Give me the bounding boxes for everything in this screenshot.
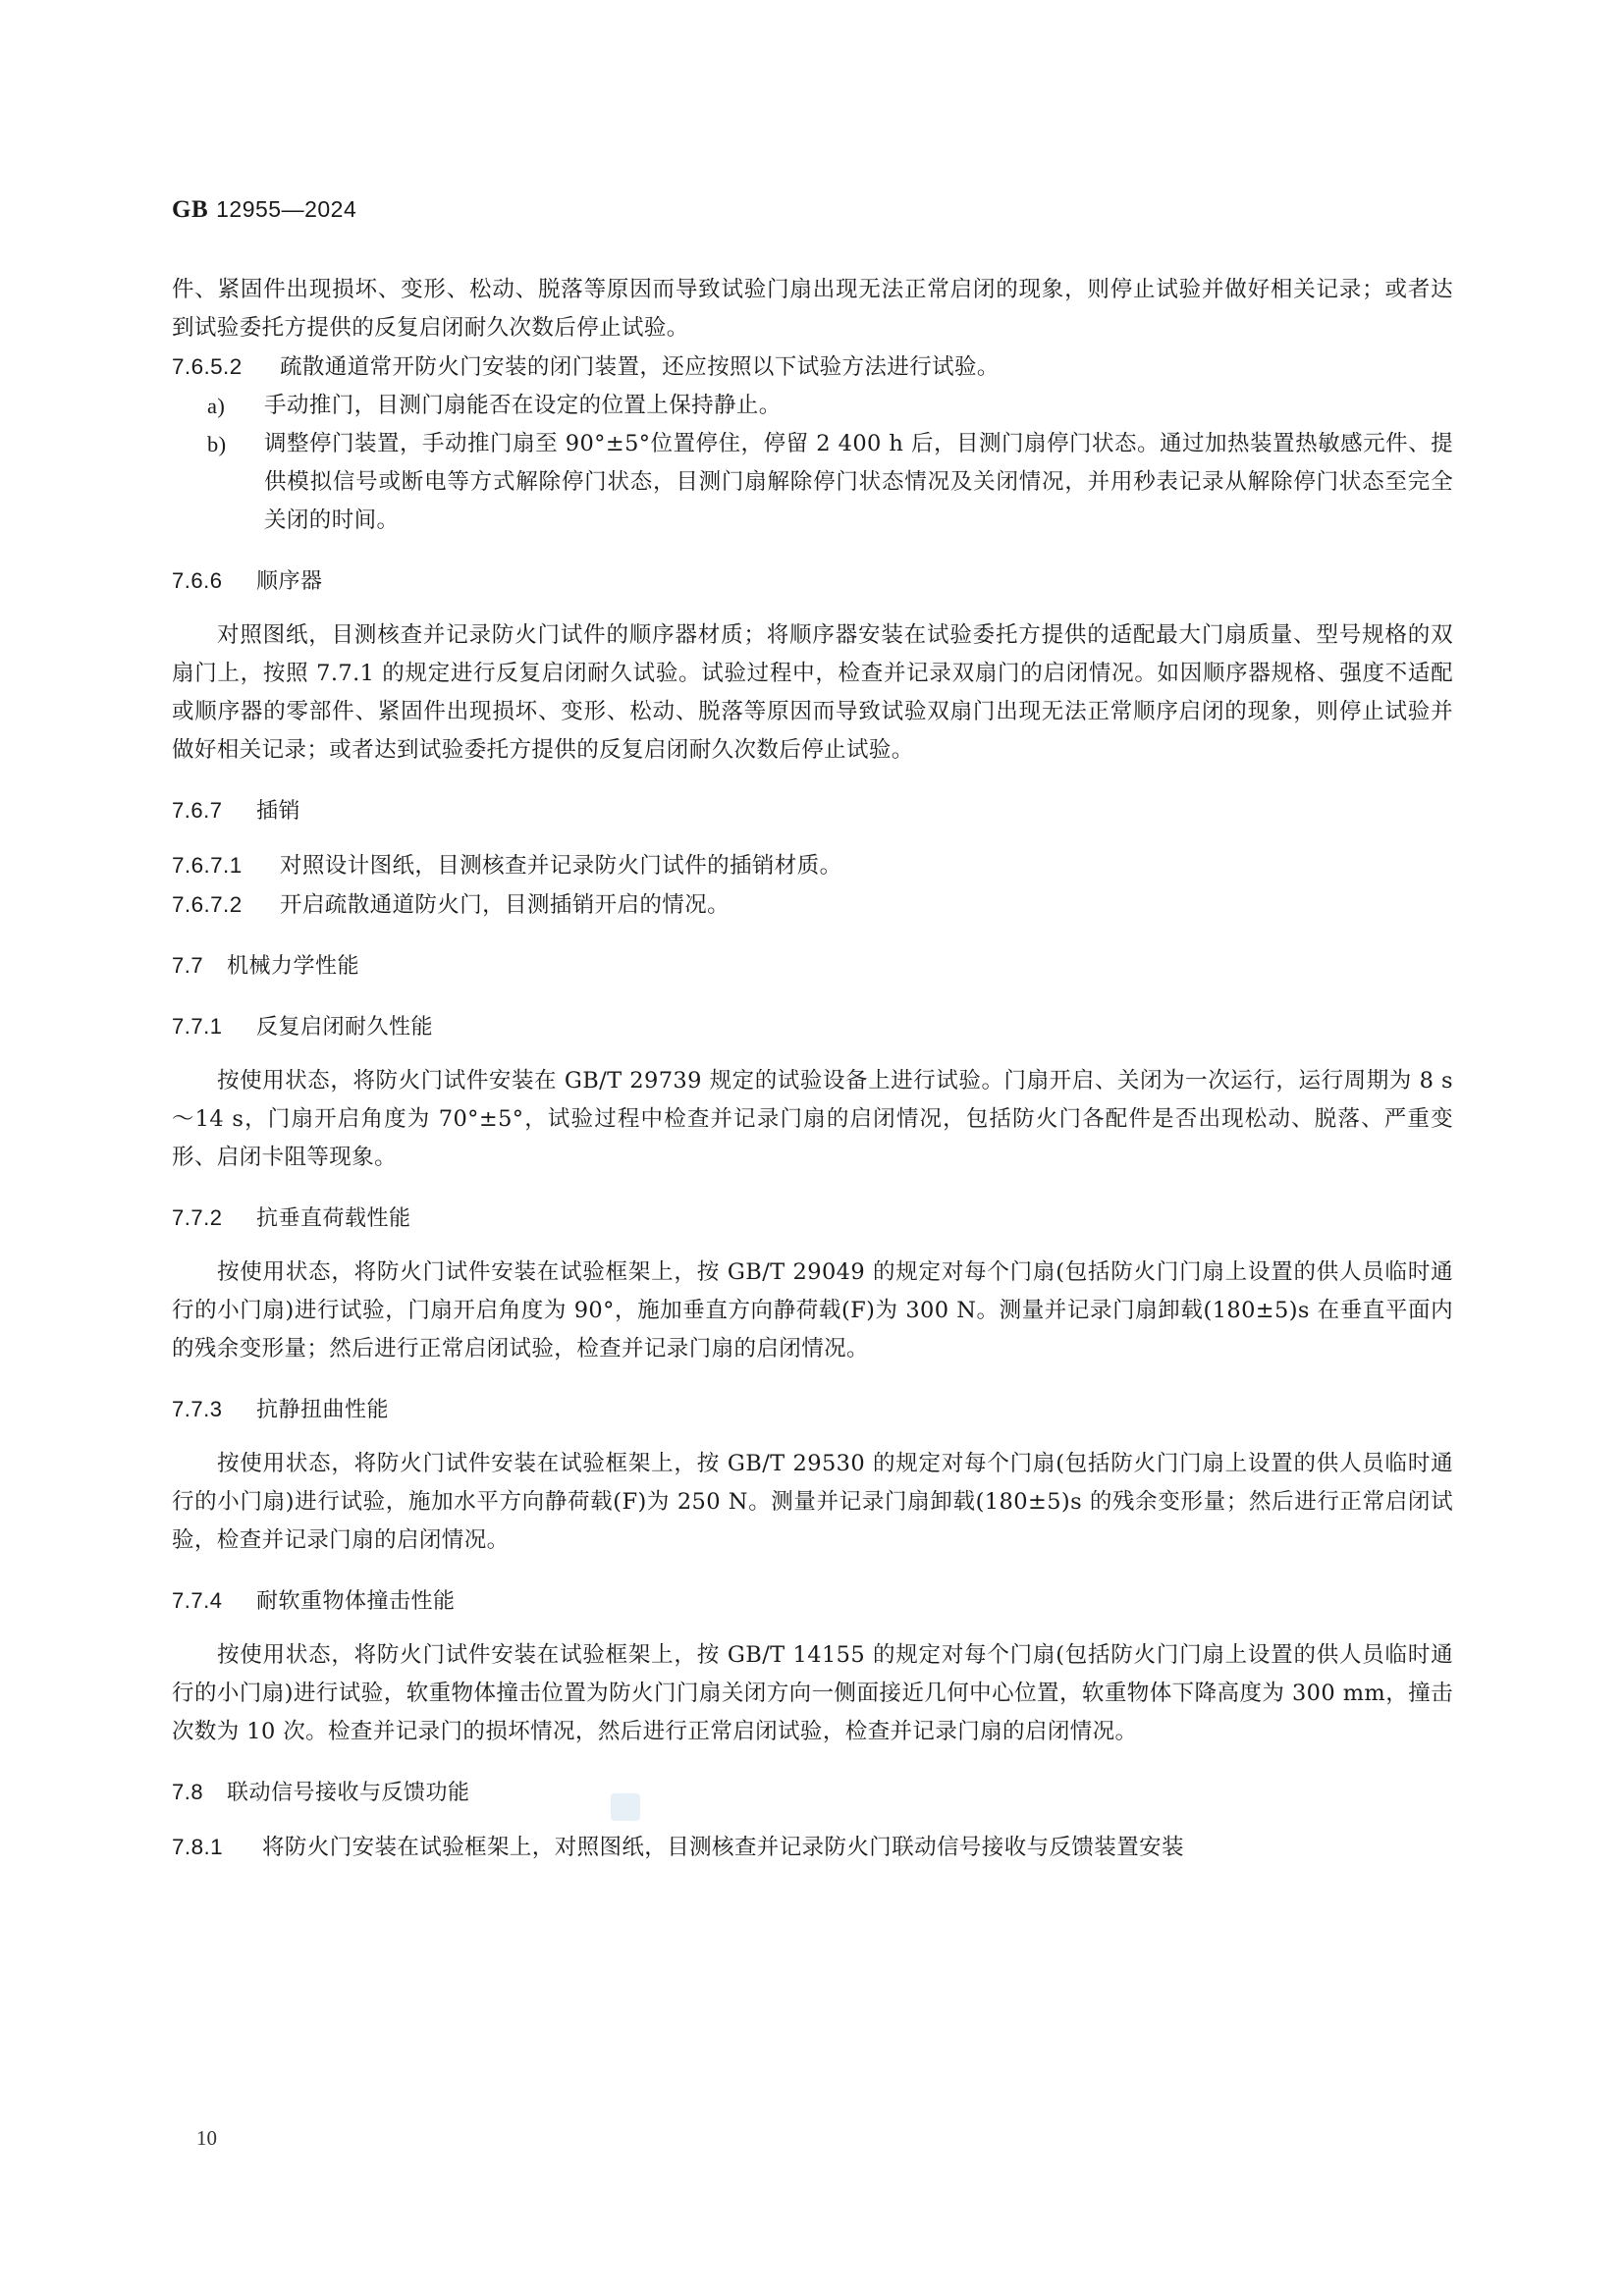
clause-number: 7.6.5.2 [172,347,280,386]
page-body: 件、紧固件出现损坏、变形、松动、脱落等原因而导致试验门扇出现无法正常启闭的现象，… [172,271,1453,1867]
section-title: 反复启闭耐久性能 [256,1015,433,1040]
list-label: a) [172,387,264,425]
section-title: 抗垂直荷载性能 [256,1206,411,1231]
list-text: 手动推门，目测门扇能否在设定的位置上保持静止。 [264,387,1453,425]
section-number: 7.8 [172,1773,227,1811]
clause-text: 将防火门安装在试验框架上，对照图纸，目测核查并记录防火门联动信号接收与反馈装置安… [262,1835,1184,1860]
section-heading-7-6-7: 7.6.7插销 [172,791,1453,830]
continuation-paragraph: 件、紧固件出现损坏、变形、松动、脱落等原因而导致试验门扇出现无法正常启闭的现象，… [172,271,1453,347]
section-number: 7.6.7 [172,791,256,829]
section-number: 7.7.2 [172,1199,256,1237]
clause-number: 7.6.7.1 [172,846,280,884]
paragraph-7-7-4: 按使用状态，将防火门试件安装在试验框架上，按 GB/T 14155 的规定对每个… [172,1636,1453,1751]
section-number: 7.7.4 [172,1581,256,1620]
section-title: 联动信号接收与反馈功能 [227,1781,470,1805]
clause-text: 对照设计图纸，目测核查并记录防火门试件的插销材质。 [280,853,842,879]
list-label: b) [172,425,264,540]
paragraph-7-7-1: 按使用状态，将防火门试件安装在 GB/T 29739 规定的试验设备上进行试验。… [172,1062,1453,1177]
section-heading-7-6-6: 7.6.6顺序器 [172,561,1453,601]
page-number: 10 [196,2126,217,2151]
section-title: 耐软重物体撞击性能 [256,1589,456,1614]
section-heading-7-8: 7.8联动信号接收与反馈功能 [172,1773,1453,1812]
clause-7-6-7-2: 7.6.7.2开启疏散通道防火门，目测插销开启的情况。 [172,885,1453,925]
section-number: 7.6.6 [172,561,256,600]
clause-number: 7.6.7.2 [172,885,280,924]
clause-7-6-5-2: 7.6.5.2疏散通道常开防火门安装的闭门装置，还应按照以下试验方法进行试验。 [172,347,1453,387]
section-title: 顺序器 [256,569,323,594]
section-heading-7-7-4: 7.7.4耐软重物体撞击性能 [172,1581,1453,1621]
section-heading-7-7-3: 7.7.3抗静扭曲性能 [172,1390,1453,1429]
paragraph-7-7-3: 按使用状态，将防火门试件安装在试验框架上，按 GB/T 29530 的规定对每个… [172,1445,1453,1560]
document-header: GB12955—2024 [172,196,356,224]
section-heading-7-7-1: 7.7.1反复启闭耐久性能 [172,1007,1453,1046]
section-number: 7.7.3 [172,1390,256,1428]
section-title: 抗静扭曲性能 [256,1398,389,1422]
list-item-b: b) 调整停门装置，手动推门扇至 90°±5°位置停住，停留 2 400 h 后… [172,425,1453,540]
section-title: 插销 [256,799,300,824]
section-number: 7.7.1 [172,1007,256,1045]
clause-text: 疏散通道常开防火门安装的闭门装置，还应按照以下试验方法进行试验。 [280,354,1000,380]
list-text: 调整停门装置，手动推门扇至 90°±5°位置停住，停留 2 400 h 后，目测… [264,425,1453,540]
standard-prefix: GB [172,196,208,223]
paragraph-7-7-2: 按使用状态，将防火门试件安装在试验框架上，按 GB/T 29049 的规定对每个… [172,1254,1453,1368]
list-item-a: a) 手动推门，目测门扇能否在设定的位置上保持静止。 [172,387,1453,425]
clause-7-6-7-1: 7.6.7.1对照设计图纸，目测核查并记录防火门试件的插销材质。 [172,846,1453,885]
watermark-logo-icon [611,1793,640,1821]
section-heading-7-7: 7.7机械力学性能 [172,946,1453,986]
clause-text: 开启疏散通道防火门，目测插销开启的情况。 [280,892,730,918]
standard-number: 12955—2024 [216,196,356,222]
paragraph-7-6-6: 对照图纸，目测核查并记录防火门试件的顺序器材质；将顺序器安装在试验委托方提供的适… [172,616,1453,770]
section-number: 7.7 [172,946,227,985]
clause-7-8-1: 7.8.1将防火门安装在试验框架上，对照图纸，目测核查并记录防火门联动信号接收与… [172,1828,1453,1867]
section-title: 机械力学性能 [227,954,359,979]
section-heading-7-7-2: 7.7.2抗垂直荷载性能 [172,1199,1453,1238]
clause-number: 7.8.1 [172,1828,262,1866]
